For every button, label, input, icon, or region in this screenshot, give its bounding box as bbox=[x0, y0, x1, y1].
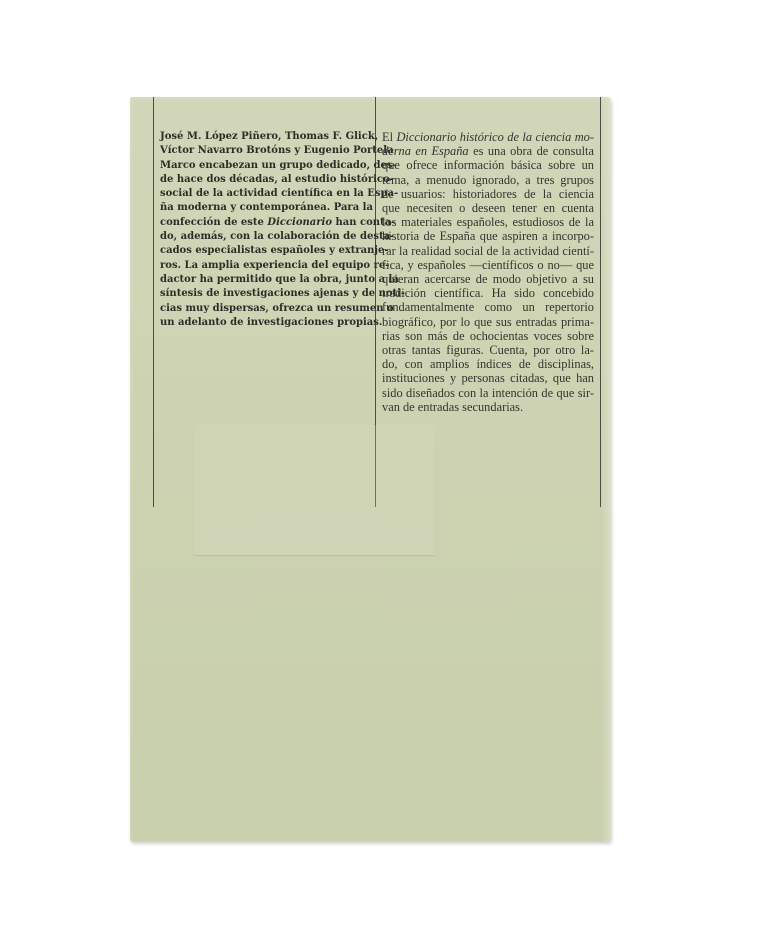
text-line: los materiales españoles, estudiosos de … bbox=[382, 215, 594, 229]
text-line: historia de España que aspiren a incorpo… bbox=[382, 229, 594, 243]
text-line: social de la actividad científica en la … bbox=[160, 187, 368, 201]
text-line: fundamentalmente como un repertorio bbox=[382, 300, 594, 314]
left-rule bbox=[153, 97, 154, 507]
text-line: Víctor Navarro Brotóns y Eugenio Portela bbox=[160, 144, 368, 158]
text-line: de usuarios: historiadores de la ciencia bbox=[382, 187, 594, 201]
text-line: rias son más de ochocientas voces sobre bbox=[382, 329, 594, 343]
text-line: síntesis de investigaciones ajenas y de … bbox=[160, 287, 368, 301]
text-line: cias muy dispersas, ofrezca un resumen o bbox=[160, 302, 368, 316]
authors-blurb: José M. López Piñero, Thomas F. Glick,Ví… bbox=[160, 130, 368, 330]
text-line: derna en España es una obra de consulta bbox=[382, 144, 594, 158]
text-line: tradición científica. Ha sido concebido bbox=[382, 286, 594, 300]
text-line: que ofrece información básica sobre un bbox=[382, 158, 594, 172]
text-line: ña moderna y contemporánea. Para la bbox=[160, 201, 368, 215]
text-line: José M. López Piñero, Thomas F. Glick, bbox=[160, 130, 368, 144]
text-line: tema, a menudo ignorado, a tres grupos bbox=[382, 173, 594, 187]
text-line: rar la realidad social de la actividad c… bbox=[382, 244, 594, 258]
text-line: Marco encabezan un grupo dedicado, des- bbox=[160, 159, 368, 173]
text-line: que necesiten o deseen tener en cuenta bbox=[382, 201, 594, 215]
text-line: ros. La amplia experiencia del equipo re… bbox=[160, 259, 368, 273]
text-line: van de entradas secundarias. bbox=[382, 400, 594, 414]
text-line: do, además, con la colaboración de desta… bbox=[160, 230, 368, 244]
text-line: dactor ha permitido que la obra, junto a… bbox=[160, 273, 368, 287]
text-line: biográfico, por lo que sus entradas prim… bbox=[382, 315, 594, 329]
text-line: El Diccionario histórico de la ciencia m… bbox=[382, 130, 594, 144]
book-back-cover: José M. López Piñero, Thomas F. Glick,Ví… bbox=[130, 97, 611, 842]
right-rule bbox=[600, 97, 601, 507]
text-line: confección de este Diccionario han conta… bbox=[160, 216, 368, 230]
text-line: quieran acercarse de modo objetivo a su bbox=[382, 272, 594, 286]
book-description: El Diccionario histórico de la ciencia m… bbox=[382, 130, 594, 414]
text-line: instituciones y personas citadas, que ha… bbox=[382, 371, 594, 385]
text-line: fica, y españoles —científicos o no— que bbox=[382, 258, 594, 272]
text-line: de hace dos décadas, al estudio históric… bbox=[160, 173, 368, 187]
text-line: sido diseñados con la intención de que s… bbox=[382, 386, 594, 400]
text-line: cados especialistas españoles y extranje… bbox=[160, 244, 368, 258]
text-line: otras tantas figuras. Cuenta, por otro l… bbox=[382, 343, 594, 357]
text-line: un adelanto de investigaciones propias. bbox=[160, 316, 368, 330]
text-line: do, con amplios índices de disciplinas, bbox=[382, 357, 594, 371]
sticker-residue bbox=[195, 425, 435, 556]
